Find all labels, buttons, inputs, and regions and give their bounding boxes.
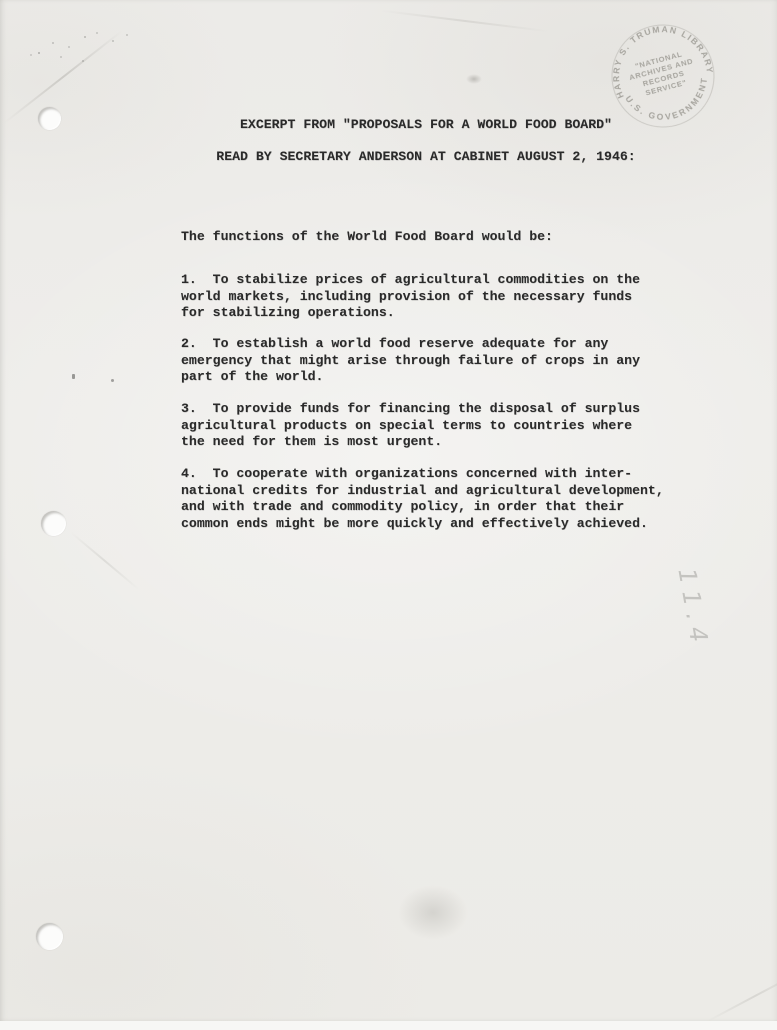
- stamp-center-text: "NATIONAL ARCHIVES AND RECORDS SERVICE": [626, 47, 699, 100]
- title-line-2: READ BY SECRETARY ANDERSON AT CABINET AU…: [181, 149, 671, 166]
- document-scan: HARRY S. TRUMAN LIBRARY U.S. GOVERNMENT …: [0, 0, 777, 1030]
- title-line-1: EXCERPT FROM "PROPOSALS FOR A WORLD FOOD…: [181, 117, 671, 134]
- numbered-item-1: 1. To stabilize prices of agricultural c…: [181, 272, 640, 322]
- crease-line: [3, 30, 122, 124]
- paper-speck: [111, 379, 114, 382]
- crease-line: [706, 969, 777, 1022]
- punch-hole-bottom: [36, 923, 63, 950]
- paper-smudge: [398, 885, 468, 940]
- numbered-item-4: 4. To cooperate with organizations conce…: [181, 466, 664, 532]
- paper-speckles: [38, 52, 40, 54]
- crease-line: [381, 10, 550, 32]
- crease-line: [70, 531, 140, 590]
- paper-bottom-edge: [0, 1021, 777, 1030]
- punch-hole-middle: [41, 511, 66, 536]
- paper-smudge: [466, 74, 482, 84]
- punch-hole-top: [38, 107, 61, 130]
- paper-speck: [72, 374, 75, 379]
- intro-paragraph: The functions of the World Food Board wo…: [181, 229, 553, 246]
- document-page: HARRY S. TRUMAN LIBRARY U.S. GOVERNMENT …: [0, 0, 777, 1021]
- numbered-item-3: 3. To provide funds for financing the di…: [181, 401, 640, 451]
- pencil-margin-note: 11.4: [672, 566, 714, 651]
- numbered-item-2: 2. To establish a world food reserve ade…: [181, 336, 640, 386]
